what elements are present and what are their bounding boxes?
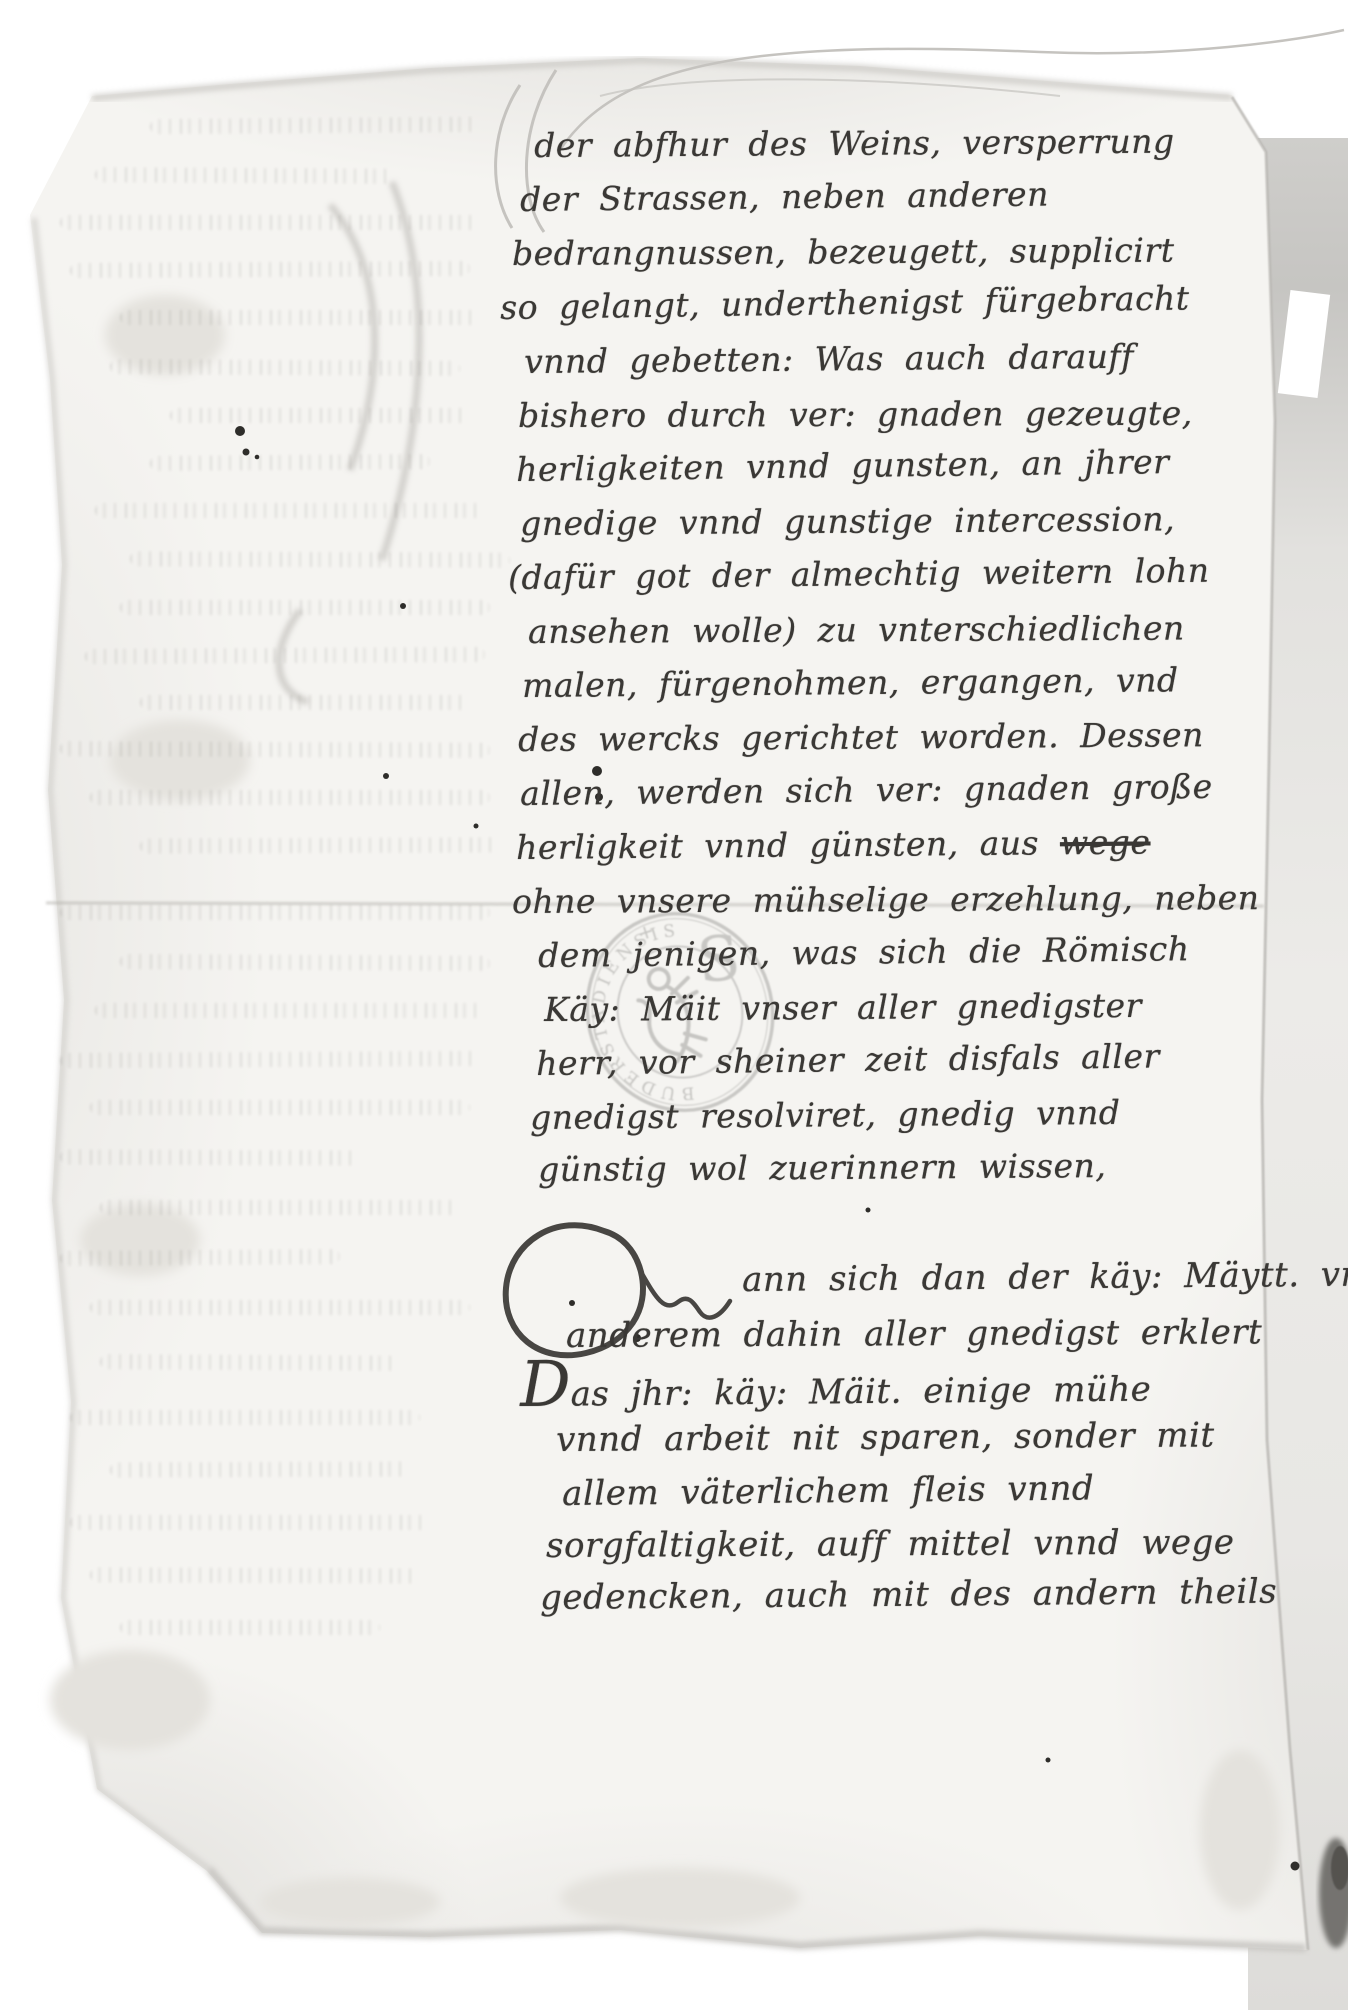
right-edge-shading [1232,97,1308,1950]
manuscript-line-21: ann sich dan der käy: Mäytt. vnter [742,1256,1348,1299]
bleedthrough-line [95,503,485,518]
manuscript-line-18: herr, vor sheiner zeit disfals aller [536,1038,1160,1082]
manuscript-line-10: ansehen wolle) zu vnterschiedlichen [528,611,1185,651]
bleedthrough-line [120,310,480,325]
manuscript-line-27: gedencken, auch mit des andern theils [540,1574,1277,1618]
manuscript-line-16: dem jenigen, was sich die Römisch [538,931,1190,974]
manuscript-line-15: ohne vnsere mühselige erzehlung, neben [512,880,1260,920]
bleedthrough-line [70,1410,420,1425]
manuscript-line-7: herligkeiten vnnd gunsten, an jhrer [516,444,1170,488]
bleedthrough-line [95,1003,485,1018]
manuscript-line-11: malen, fürgenohmen, ergangen, vnd [522,662,1179,704]
bleedthrough-line [60,1149,360,1165]
bleedthrough-line [70,261,470,278]
bleedthrough-line [110,1461,410,1477]
manuscript-line-22: anderem dahin aller gnedigst erklert [566,1314,1262,1355]
manuscript-line-9: (dafür got der almechtig weitern lohn [508,553,1210,597]
bleedthrough-line [60,215,480,230]
bleedthrough-line [140,695,470,710]
strikethrough-word: wege [1060,822,1151,862]
manuscript-line-3: bedrangnussen, bezeugett, supplicirt [512,233,1175,273]
bleedthrough-line [100,1200,460,1215]
bleedthrough-line [60,1249,340,1266]
bleedthrough-line [60,741,490,758]
top-edge-shading [92,60,1232,98]
manuscript-line-13: allen, werden sich ver: gnaden große [520,769,1213,813]
verso-initial-ghost [279,182,419,702]
bleedthrough-line [90,1567,420,1583]
line-14-text: herligkeit vnnd günsten, aus [516,823,1039,867]
bleedthrough-line [140,837,500,853]
manuscript-line-23: Das jhr: käy: Mäit. einige mühe [520,1362,1152,1414]
bleedthrough-line [150,454,430,471]
bleedthrough-line [95,167,395,184]
manuscript-line-14: herligkeit vnnd günsten, aus wege [516,824,1151,866]
manuscript-line-6: bishero durch ver: gnaden gezeugte, [518,396,1193,435]
manuscript-scan: BUDERSTADIENSIS + S [0,0,1348,2010]
manuscript-line-12: des wercks gerichtet worden. Dessen [518,717,1204,758]
bleedthrough-line [90,1100,470,1115]
bleedthrough-line [60,905,490,920]
manuscript-line-1: der abfhur des Weins, versperrung [534,124,1175,165]
bleedthrough-line [85,647,485,664]
bleedthrough-line [90,1300,470,1315]
bleedthrough-line [70,1515,430,1530]
bleedthrough-line [60,1051,480,1068]
manuscript-line-17: Käy: Mäit vnser aller gnedigster [544,988,1142,1028]
manuscript-line-20: günstig wol zuerinnern wissen, [538,1148,1106,1188]
manuscript-line-5: vnnd gebetten: Was auch darauff [524,339,1134,381]
bleedthrough-line [170,408,470,423]
bleedthrough-line [150,117,480,134]
manuscript-line-25: allem väterlichem fleis vnnd [562,1470,1094,1513]
bleedthrough-line [90,790,490,805]
bleedthrough-line [130,551,510,567]
manuscript-line-24: vnnd arbeit nit sparen, sonder mit [556,1417,1215,1459]
bleedthrough-line [120,600,490,615]
bleedthrough-line [120,954,490,971]
manuscript-line-2: der Strassen, neben anderen [520,176,1049,218]
bleedthrough-line [120,1620,380,1635]
manuscript-line-19: gnedigst resolviret, gnedig vnnd [530,1095,1121,1136]
manuscript-line-8: gnedige vnnd gunstige intercession, [520,501,1175,542]
bleedthrough-line [110,359,460,376]
bleedthrough-line [100,1354,400,1371]
manuscript-line-26: sorgfaltigkeit, auff mittel vnnd wege [546,1524,1235,1565]
